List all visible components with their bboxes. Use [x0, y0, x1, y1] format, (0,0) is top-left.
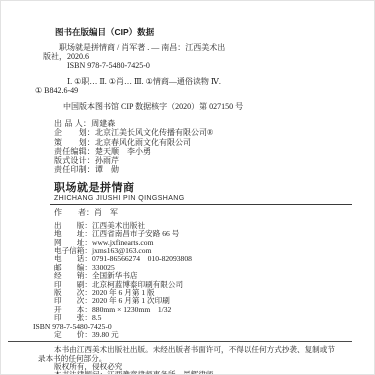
cip-class-line1: Ⅰ. ①职… Ⅱ. ①肖… Ⅲ. ①情商—通俗读物 Ⅳ.: [67, 77, 352, 86]
staff-label: 责任编辑：: [54, 147, 95, 156]
cip-block: 图书在版编目（CIP）数据 职场就是拼情商 / 肖军著 . — 南昌：江西美术出…: [33, 27, 352, 111]
cip-heading: 图书在版编目（CIP）数据: [55, 27, 352, 37]
book-title-pinyin: ZHICHANG JIUSHI PIN QINGSHANG: [54, 194, 352, 203]
price-value: 39.80 元: [92, 330, 119, 339]
staff-value: 北京春风化雨文化有限公司: [95, 138, 191, 147]
cip-entry-line2: 版社，2020.6: [43, 52, 352, 61]
cip-class-line2: ① B842.6-49: [35, 86, 352, 95]
title-block: 职场就是拼情商 ZHICHANG JIUSHI PIN QINGSHANG 作 …: [54, 182, 352, 218]
staff-value: 周建森: [91, 119, 115, 128]
staff-value: 北京江美长风文化传播有限公司®: [95, 128, 213, 137]
author-value: 肖 军: [94, 208, 118, 217]
cip-entry-line1: 职场就是拼情商 / 肖军著 . — 南昌：江西美术出: [59, 43, 352, 52]
staff-row-planning2: 策 划：北京春风化雨文化有限公司: [54, 138, 352, 147]
staff-label: 责任印制：: [54, 165, 95, 174]
book-title: 职场就是拼情商: [54, 182, 352, 194]
staff-label: 出 品 人：: [54, 119, 91, 128]
price-label: 定 价：: [54, 330, 92, 339]
staff-label: 策 划：: [54, 138, 95, 147]
publication-block: 出 版：江西美术出版社 地 址：江西省南昌市子安路 66 号 网 址：www.j…: [54, 222, 352, 340]
staff-label: 企 划：: [54, 128, 95, 137]
staff-row-producer: 出 品 人：周建森: [54, 119, 352, 128]
cip-classification: Ⅰ. ①职… Ⅱ. ①肖… Ⅲ. ①情商—通俗读物 Ⅳ. ① B842.6-49: [33, 77, 352, 95]
legal-counsel-line: 本书法律顾问：江西豫章律师事务所 晏辉律师: [54, 371, 352, 375]
pub-label: 印 张：: [54, 313, 92, 322]
bottom-divider: [8, 341, 352, 342]
staff-row-print-supervisor: 责任印制：谭 勋: [54, 165, 352, 174]
author-row: 作 者：肖 军: [54, 207, 352, 218]
staff-value: 谭 勋: [95, 165, 119, 174]
staff-value: 楚天顺 李小勇: [95, 147, 151, 156]
staff-value: 孙雨芹: [95, 156, 119, 165]
staff-label: 版式设计：: [54, 156, 95, 165]
pub-value: 8.5: [92, 313, 102, 322]
copyright-page: 图书在版编目（CIP）数据 职场就是拼情商 / 肖军著 . — 南昌：江西美术出…: [0, 0, 375, 375]
staff-row-planning1: 企 划：北京江美长风文化传播有限公司®: [54, 128, 352, 137]
pub-value: 880mm × 1230mm 1/32: [92, 305, 171, 314]
staff-row-editors: 责任编辑：楚天顺 李小勇: [54, 147, 352, 156]
copyright-notice: 本书由江西美术出版社出版。未经出版者书面许可，不得以任何方式抄袭、复制或节 录本…: [38, 346, 352, 375]
cip-record-number: 中国版本图书馆 CIP 数据核字（2020）第 027150 号: [63, 102, 352, 111]
staff-block: 出 品 人：周建森 企 划：北京江美长风文化传播有限公司® 策 划：北京春风化雨…: [54, 119, 352, 175]
title-divider: [50, 204, 352, 205]
author-label: 作 者：: [54, 208, 94, 217]
pub-row-price: 定 价：39.80 元: [54, 331, 352, 339]
cip-isbn: ISBN 978-7-5480-7425-0: [67, 61, 352, 70]
